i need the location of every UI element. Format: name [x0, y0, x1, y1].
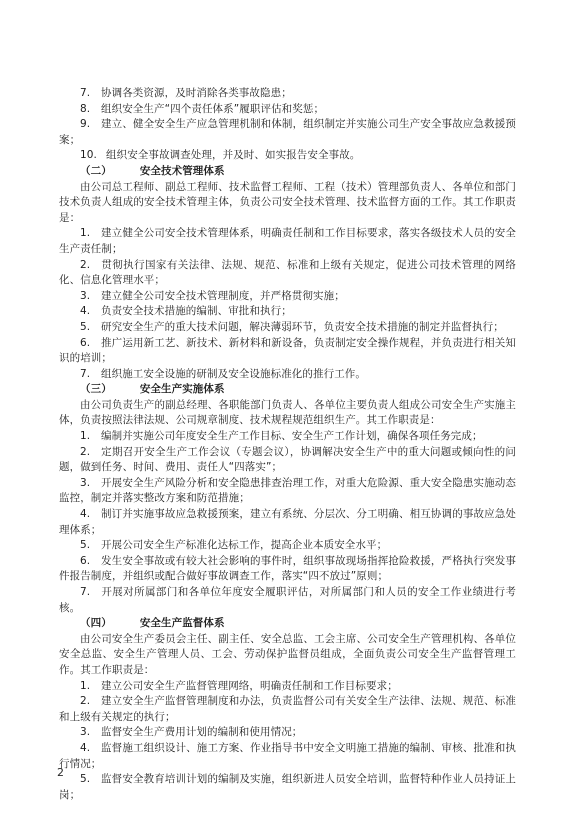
list-item: 5.开展公司安全生产标准化达标工作，提高企业本质安全水平； — [59, 538, 516, 554]
item-text: 贯彻执行国家有关法律、法规、规范、标准和上级有关规定，促进公司技术管理的网络化、… — [59, 259, 516, 287]
item-text: 定期召开安全生产工作会议（专题会议），协调解决安全生产中的重大问题或倾向性的问题… — [59, 446, 516, 474]
list-item: 9.建立、健全安全生产应急管理机制和体制，组织制定并实施公司生产安全事故应急救援… — [59, 117, 516, 148]
item-text: 协调各类资源，及时消除各类事故隐患； — [101, 87, 292, 99]
document-body: 7.协调各类资源，及时消除各类事故隐患； 8.组织安全生产“四个责任体系”履职评… — [59, 86, 516, 803]
list-item: 1.建立健全公司安全技术管理体系，明确责任制和工作目标要求，落实各级技术人员的安… — [59, 226, 516, 257]
section-title: 安全生产监督体系 — [140, 617, 225, 629]
item-number: 9. — [80, 117, 92, 133]
item-text: 编制并实施公司年度安全生产工作目标、安全生产工作计划，确保各项任务完成； — [101, 430, 483, 442]
item-text: 监督施工组织设计、施工方案、作业指导书中安全文明施工措施的编制、审核、批准和执行… — [59, 742, 516, 770]
item-text: 开展公司安全生产标准化达标工作，提高企业本质安全水平； — [101, 539, 387, 551]
item-number: 5. — [80, 538, 92, 554]
item-text: 建立公司安全生产监督管理网络，明确责任制和工作目标要求； — [101, 680, 398, 692]
section-heading: （二）安全技术管理体系 — [59, 164, 516, 180]
item-text: 监督安全生产费用计划的编制和使用情况； — [101, 726, 302, 738]
item-number: 3. — [80, 289, 92, 305]
list-item: 3.监督安全生产费用计划的编制和使用情况； — [59, 725, 516, 741]
list-item: 2.定期召开安全生产工作会议（专题会议），协调解决安全生产中的重大问题或倾向性的… — [59, 445, 516, 476]
item-number: 4. — [80, 304, 92, 320]
paragraph: 由公司总工程师、副总工程师、技术监督工程师、工程（技术）管理部负责人、各单位和部… — [59, 180, 516, 227]
list-item: 1.建立公司安全生产监督管理网络，明确责任制和工作目标要求； — [59, 679, 516, 695]
paragraph: 由公司负责生产的副总经理、各职能部门负责人、各单位主要负责人组成公司安全生产实施… — [59, 398, 516, 429]
item-number: 4. — [80, 507, 92, 523]
item-number: 6. — [80, 554, 92, 570]
item-number: 2. — [80, 445, 92, 461]
item-text: 发生安全事故或有较大社会影响的事件时，组织事故现场指挥抢险救援，严格执行突发事件… — [59, 555, 516, 583]
section-title: 安全生产实施体系 — [140, 383, 225, 395]
item-number: 1. — [80, 679, 92, 695]
section-heading: （三）安全生产实施体系 — [59, 382, 516, 398]
item-number: 6. — [80, 336, 92, 352]
section-number: （二） — [80, 165, 112, 177]
item-number: 7. — [80, 585, 92, 601]
item-number: 4. — [80, 741, 92, 757]
item-text: 研究安全生产的重大技术问题，解决薄弱环节，负责安全技术措施的制定并监督执行； — [101, 321, 504, 333]
page-number: 2 — [57, 766, 64, 779]
list-item: 6.推广运用新工艺、新技术、新材料和新设备，负责制定安全操作规程，并负责进行相关… — [59, 336, 516, 367]
item-number: 2. — [80, 258, 92, 274]
list-item: 6.发生安全事故或有较大社会影响的事件时，组织事故现场指挥抢险救援，严格执行突发… — [59, 554, 516, 585]
item-text: 建立健全公司安全技术管理体系，明确责任制和工作目标要求，落实各级技术人员的安全生… — [59, 227, 516, 255]
section-title: 安全技术管理体系 — [140, 165, 225, 177]
list-item: 7.协调各类资源，及时消除各类事故隐患； — [59, 86, 516, 102]
section-number: （三） — [80, 383, 112, 395]
document-page: 7.协调各类资源，及时消除各类事故隐患； 8.组织安全生产“四个责任体系”履职评… — [0, 0, 573, 823]
list-item: 8.组织安全生产“四个责任体系”履职评估和奖惩； — [59, 102, 516, 118]
item-number: 3. — [80, 725, 92, 741]
item-text: 建立、健全安全生产应急管理机制和体制，组织制定并实施公司生产安全事故应急救援预案… — [59, 118, 516, 146]
item-text: 推广运用新工艺、新技术、新材料和新设备，负责制定安全操作规程，并负责进行相关知识… — [59, 337, 516, 365]
list-item: 2.建立安全生产监督管理制度和办法，负责监督公司有关安全生产法律、法规、规范、标… — [59, 694, 516, 725]
list-item: 3.开展安全生产风险分析和安全隐患排查治理工作，对重大危险源、重大安全隐患实施动… — [59, 476, 516, 507]
list-item: 4.监督施工组织设计、施工方案、作业指导书中安全文明施工措施的编制、审核、批准和… — [59, 741, 516, 772]
item-text: 组织安全生产“四个责任体系”履职评估和奖惩； — [101, 103, 324, 115]
item-number: 10. — [80, 148, 97, 164]
list-item: 3.建立健全公司安全技术管理制度，并严格贯彻实施； — [59, 289, 516, 305]
item-text: 开展安全生产风险分析和安全隐患排查治理工作，对重大危险源、重大安全隐患实施动态监… — [59, 477, 516, 505]
item-text: 建立安全生产监督管理制度和办法，负责监督公司有关安全生产法律、法规、规范、标准和… — [59, 695, 516, 723]
item-text: 制订并实施事故应急救援预案，建立有系统、分层次、分工明确、相互协调的事故应急处理… — [59, 508, 516, 536]
item-text: 开展对所属部门和各单位年度安全履职评估，对所属部门和人员的安全工作业绩进行考核。 — [59, 586, 516, 614]
item-text: 负责安全技术措施的编制、审批和执行； — [101, 305, 292, 317]
item-number: 1. — [80, 429, 92, 445]
list-item: 7.组织施工安全设施的研制及安全设施标准化的推行工作。 — [59, 367, 516, 383]
list-item: 2.贯彻执行国家有关法律、法规、规范、标准和上级有关规定，促进公司技术管理的网络… — [59, 258, 516, 289]
item-number: 3. — [80, 476, 92, 492]
paragraph: 由公司安全生产委员会主任、副主任、安全总监、工会主席、公司安全生产管理机构、各单… — [59, 632, 516, 679]
item-number: 5. — [80, 320, 92, 336]
list-item: 5.监督安全教育培训计划的编制及实施，组织新进人员安全培训，监督特种作业人员持证… — [59, 772, 516, 803]
section-number: （四） — [80, 617, 112, 629]
item-text: 监督安全教育培训计划的编制及实施，组织新进人员安全培训，监督特种作业人员持证上岗… — [59, 773, 516, 801]
item-number: 8. — [80, 102, 92, 118]
list-item: 7.开展对所属部门和各单位年度安全履职评估，对所属部门和人员的安全工作业绩进行考… — [59, 585, 516, 616]
item-number: 5. — [80, 772, 92, 788]
item-number: 1. — [80, 226, 92, 242]
section-heading: （四）安全生产监督体系 — [59, 616, 516, 632]
list-item: 10.组织安全事故调查处理，并及时、如实报告安全事故。 — [59, 148, 516, 164]
list-item: 5.研究安全生产的重大技术问题，解决薄弱环节，负责安全技术措施的制定并监督执行； — [59, 320, 516, 336]
item-number: 7. — [80, 367, 92, 383]
list-item: 4.负责安全技术措施的编制、审批和执行； — [59, 304, 516, 320]
list-item: 4.制订并实施事故应急救援预案，建立有系统、分层次、分工明确、相互协调的事故应急… — [59, 507, 516, 538]
item-number: 2. — [80, 694, 92, 710]
list-item: 1.编制并实施公司年度安全生产工作目标、安全生产工作计划，确保各项任务完成； — [59, 429, 516, 445]
item-text: 组织安全事故调查处理，并及时、如实报告安全事故。 — [106, 149, 360, 161]
item-text: 组织施工安全设施的研制及安全设施标准化的推行工作。 — [101, 368, 366, 380]
item-number: 7. — [80, 86, 92, 102]
item-text: 建立健全公司安全技术管理制度，并严格贯彻实施； — [101, 290, 345, 302]
